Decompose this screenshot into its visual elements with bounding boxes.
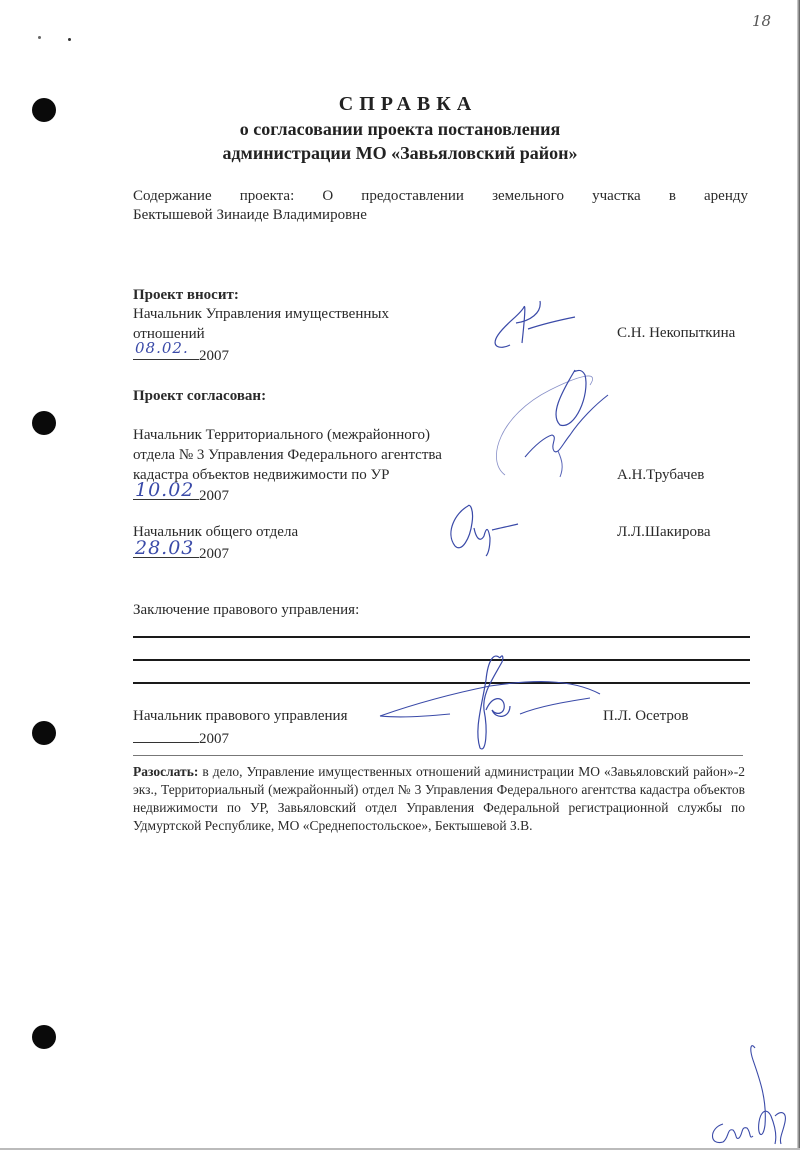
approver1-date: 10.022007 [133, 483, 229, 506]
punch-hole-icon [32, 1025, 56, 1049]
distribution-separator [133, 755, 743, 756]
approver1-name: А.Н.Трубачев [617, 465, 704, 485]
date-blank: 10.02 [133, 483, 199, 500]
scan-speck [38, 36, 41, 39]
date-blank: 28.03 [133, 541, 199, 558]
document-subtitle-line1: о согласовании проекта постановления [0, 119, 800, 140]
handwritten-date: 08.02. [135, 338, 189, 358]
handwritten-date: 28.03 [135, 538, 194, 558]
signature-nekopytkina [480, 295, 600, 360]
scan-speck [68, 38, 71, 41]
handwritten-date: 10.02 [135, 480, 194, 500]
conclusion-line-1 [133, 636, 750, 638]
legal-head-date: 2007 [133, 726, 229, 749]
date-year: 2007 [199, 546, 229, 562]
date-year: 2007 [199, 348, 229, 364]
approver1-position-line2: отдела № 3 Управления Федерального агент… [133, 445, 442, 465]
legal-head-position: Начальник правового управления [133, 706, 347, 726]
project-content-line1: Содержание проекта: О предоставлении зем… [133, 186, 748, 206]
approver2-date: 28.032007 [133, 541, 229, 564]
signature-osetrov [370, 650, 620, 765]
submitted-by-position-line1: Начальник Управления имущественных [133, 304, 389, 324]
signature-bottom-right [705, 1040, 800, 1150]
date-year: 2007 [199, 488, 229, 504]
submitted-by-date: 08.02.2007 [133, 343, 229, 366]
approver1-position-line1: Начальник Территориального (межрайонного… [133, 425, 430, 445]
date-blank: 08.02. [133, 343, 199, 360]
distribution-label: Разослать: [133, 764, 198, 779]
punch-hole-icon [32, 721, 56, 745]
submitted-by-heading: Проект вносит: [133, 285, 239, 305]
signature-trubachev [480, 365, 630, 490]
distribution-list: Разослать: в дело, Управление имуществен… [133, 763, 745, 835]
signature-shakirova [440, 498, 550, 563]
document-title: СПРАВКА [0, 93, 800, 116]
date-year: 2007 [199, 731, 229, 747]
distribution-text: в дело, Управление имущественных отношен… [133, 764, 745, 833]
document-subtitle-line2: администрации МО «Завьяловский район» [0, 143, 800, 164]
sheet-number: 18 [752, 12, 771, 30]
scanned-document-page: 18 СПРАВКА о согласовании проекта постан… [0, 0, 800, 1150]
approver2-name: Л.Л.Шакирова [617, 522, 711, 542]
submitted-by-name: С.Н. Некопыткина [617, 323, 735, 343]
punch-hole-icon [32, 411, 56, 435]
project-content-line2: Бектышевой Зинаиде Владимировне [133, 205, 367, 225]
approved-by-heading: Проект согласован: [133, 386, 266, 406]
legal-conclusion-heading: Заключение правового управления: [133, 600, 359, 620]
date-blank [133, 726, 199, 743]
